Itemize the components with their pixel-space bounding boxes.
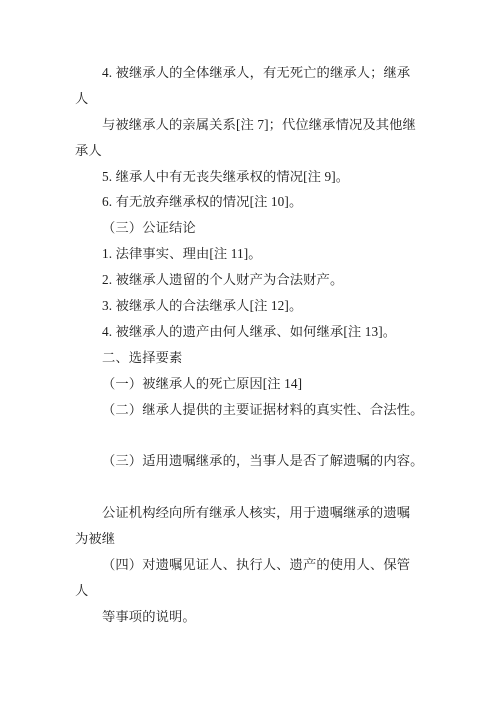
text-line: （三）适用遗嘱继承的，当事人是否了解遗嘱的内容。 (75, 448, 435, 474)
text-line: 2. 被继承人遗留的个人财产为合法财产。 (75, 267, 435, 293)
text-line: 承人 (75, 138, 435, 164)
text-line: 6. 有无放弃继承权的情况[注 10]。 (75, 189, 435, 215)
text-lines: 4. 被继承人的全体继承人，有无死亡的继承人；继承人与被继承人的亲属关系[注 7… (75, 60, 435, 630)
text-line: （二）继承人提供的主要证据材料的真实性、合法性。 (75, 397, 435, 423)
blank-line (75, 422, 435, 448)
text-line: 二、选择要素 (75, 345, 435, 371)
document-page: 4. 被继承人的全体继承人，有无死亡的继承人；继承人与被继承人的亲属关系[注 7… (0, 0, 500, 707)
blank-line (75, 474, 435, 500)
text-line: 为被继 (75, 526, 435, 552)
text-line: 与被继承人的亲属关系[注 7]；代位继承情况及其他继 (75, 112, 435, 138)
text-line: （四）对遗嘱见证人、执行人、遗产的使用人、保管 (75, 552, 435, 578)
text-line: 5. 继承人中有无丧失继承权的情况[注 9]。 (75, 164, 435, 190)
text-line: 等事项的说明。 (75, 604, 435, 630)
text-line: 人 (75, 86, 435, 112)
text-line: 公证机构经向所有继承人核实，用于遗嘱继承的遗嘱 (75, 500, 435, 526)
text-line: 1. 法律事实、理由[注 11]。 (75, 241, 435, 267)
text-line: 4. 被继承人的遗产由何人继承、如何继承[注 13]。 (75, 319, 435, 345)
text-line: （三）公证结论 (75, 215, 435, 241)
text-line: 4. 被继承人的全体继承人，有无死亡的继承人；继承 (75, 60, 435, 86)
text-line: 人 (75, 578, 435, 604)
text-line: 3. 被继承人的合法继承人[注 12]。 (75, 293, 435, 319)
text-line: （一）被继承人的死亡原因[注 14] (75, 371, 435, 397)
